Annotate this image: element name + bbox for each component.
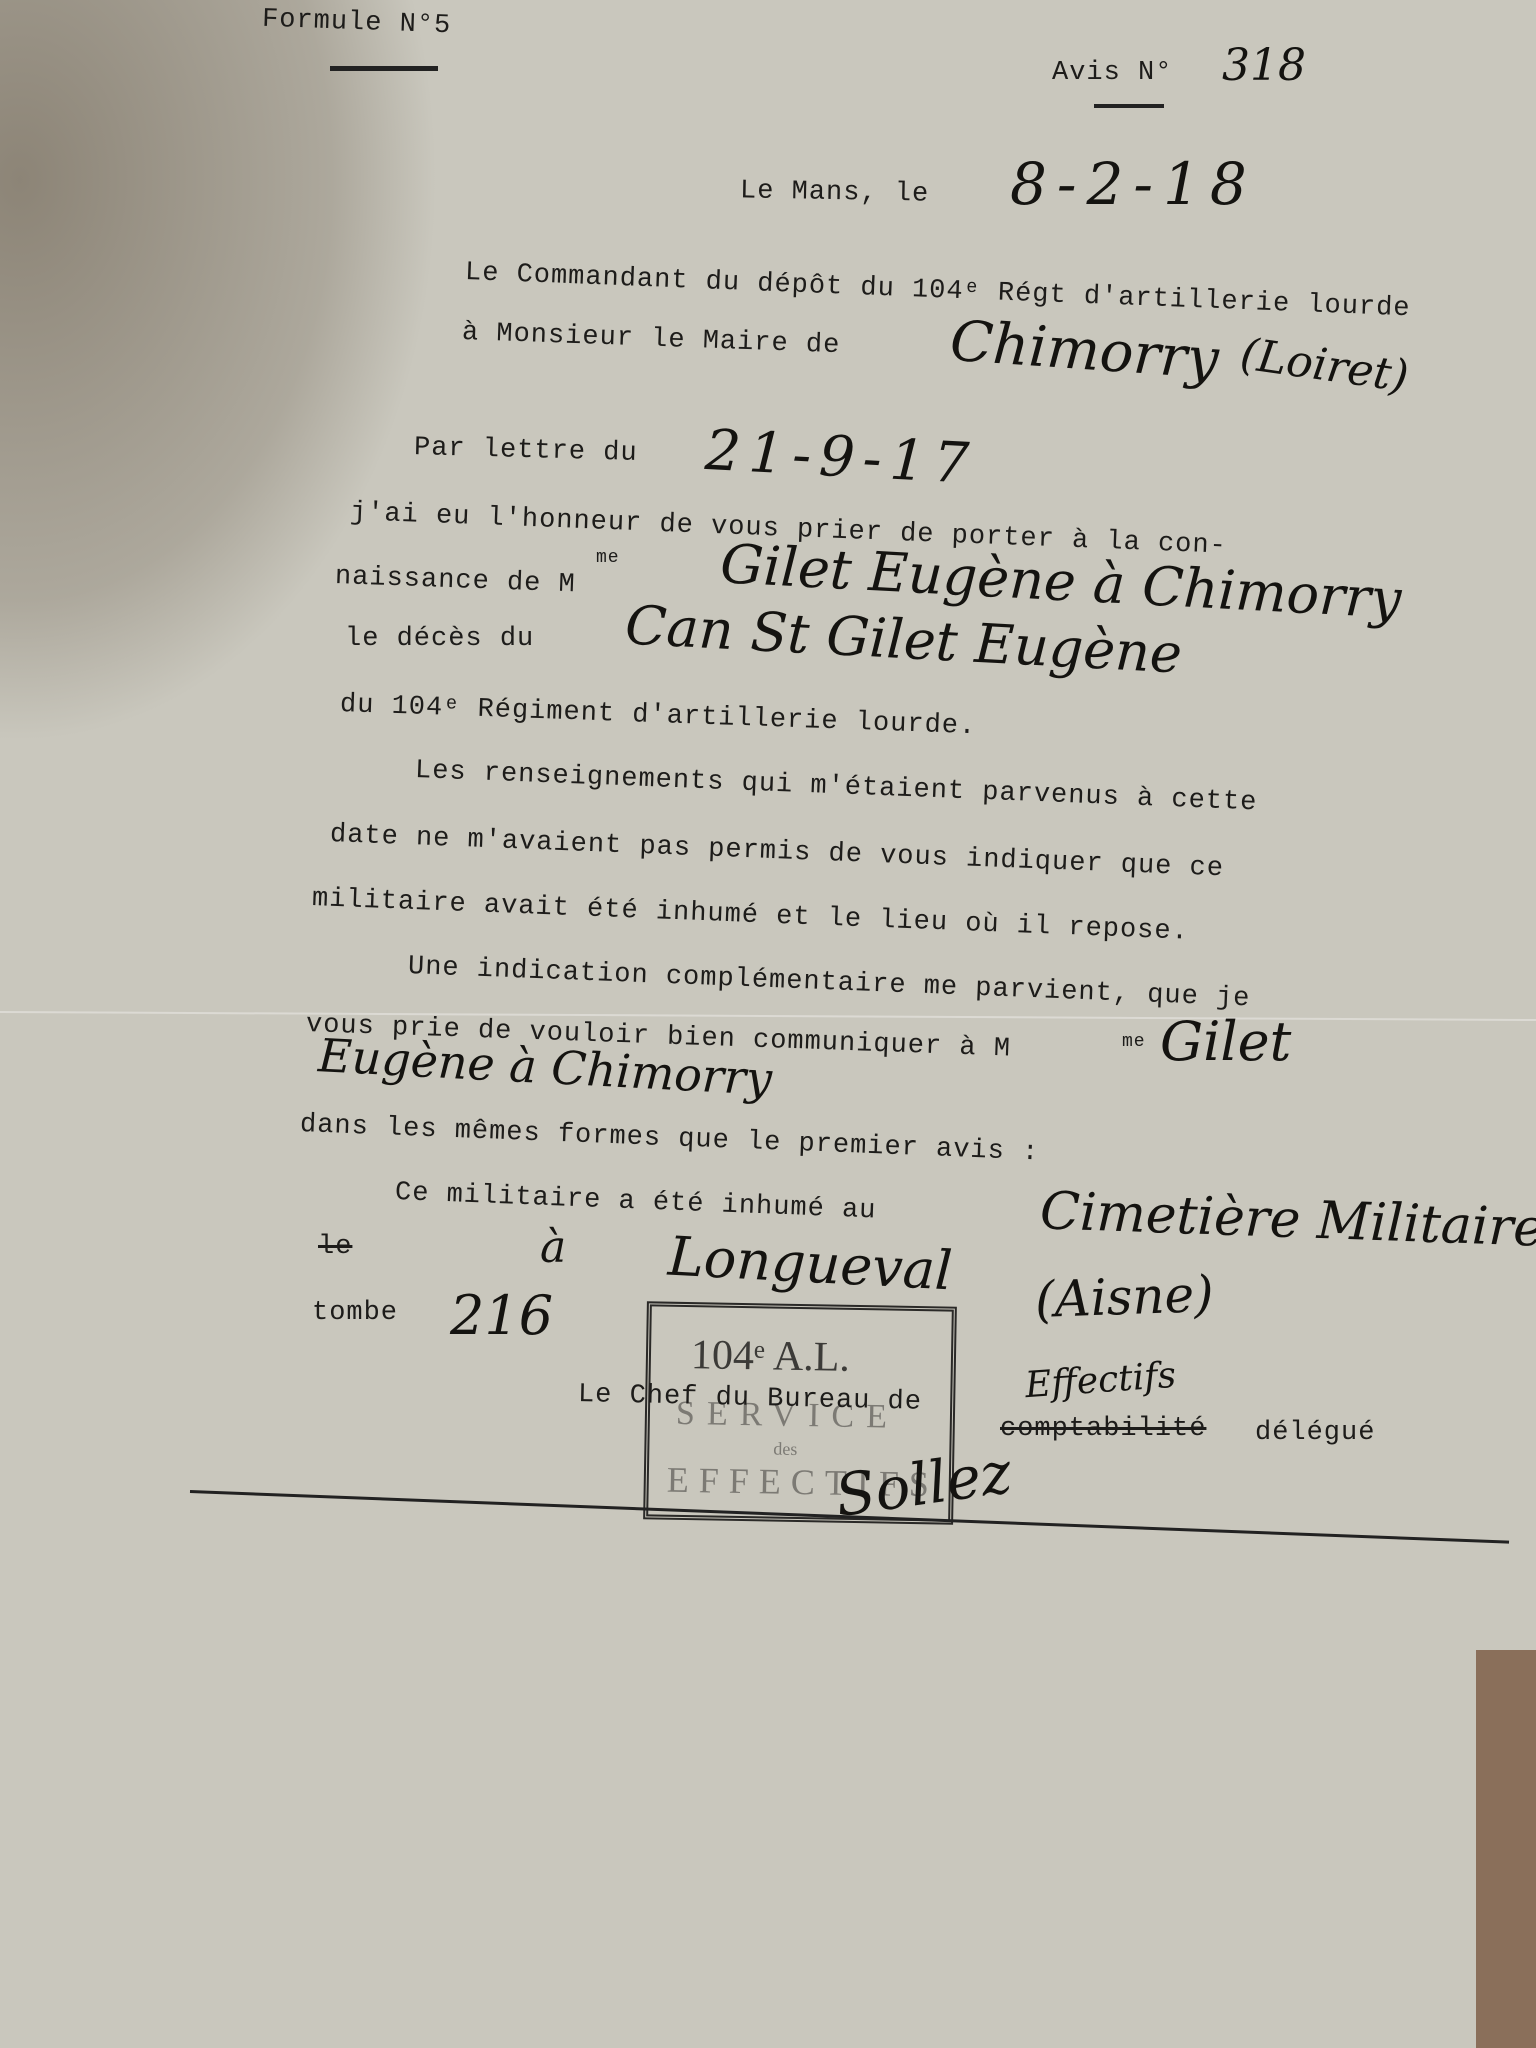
struck-comptabilite: comptabilité <box>1000 1414 1206 1444</box>
notice-underline <box>1094 104 1164 108</box>
signature-suffix: délégué <box>1255 1418 1375 1448</box>
p2-line1: Les renseignements qui m'étaient parvenu… <box>414 756 1257 818</box>
p1-line2-prefix: naissance de M <box>334 562 576 600</box>
letter-ref-prefix: Par lettre du <box>414 433 638 469</box>
form-label: Formule N°5 <box>262 5 452 42</box>
grave-number: 216 <box>450 1284 553 1347</box>
p3-line2-sup: me <box>1122 1032 1146 1052</box>
signature-prefix: Le Chef du Bureau de <box>578 1380 923 1418</box>
p3-name: Gilet <box>1160 1010 1291 1073</box>
inserted-effectifs: Effectifs <box>1024 1355 1178 1406</box>
document-page: Formule N°5 Avis N° 318 Le Mans, le 8-2-… <box>0 0 1536 2048</box>
burial-town: Longueval <box>667 1225 954 1303</box>
paper-fold <box>0 1011 1536 1021</box>
letter-date: 8-2-18 <box>1010 150 1257 218</box>
p1-line2-sup: me <box>596 548 620 568</box>
recipient-commune: Chimorry <box>948 309 1221 393</box>
p3-line4: dans les mêmes formes que le premier avi… <box>299 1110 1039 1168</box>
p4-line1: Ce militaire a été inhumé au <box>394 1178 876 1226</box>
letter-ref-date: 21-9-17 <box>703 418 978 497</box>
notice-label: Avis N° <box>1052 58 1172 88</box>
place-date-label: Le Mans, le <box>740 176 930 209</box>
stamp-line1: 104ᵉ A.L. <box>691 1331 851 1382</box>
p1-line4: du 104ᵉ Régiment d'artillerie lourde. <box>339 690 976 742</box>
sender-line: Le Commandant du dépôt du 104ᵉ Régt d'ar… <box>464 258 1411 324</box>
struck-le: le <box>318 1232 352 1262</box>
recipient-prefix: à Monsieur le Maire de <box>461 318 840 361</box>
p2-line3: militaire avait été inhumé et le lieu où… <box>311 884 1189 948</box>
floor-background <box>1476 1650 1536 2048</box>
grave-label: tombe <box>312 1298 398 1328</box>
stamp-line3: des <box>773 1439 797 1460</box>
burial-department: (Aisne) <box>1034 1265 1214 1329</box>
notice-number: 318 <box>1222 40 1306 91</box>
burial-place: Cimetière Militaire <box>1039 1181 1536 1259</box>
p3-line1: Une indication complémentaire me parvien… <box>407 952 1250 1014</box>
burial-prefix: à <box>540 1222 566 1273</box>
form-label-underline <box>330 66 438 71</box>
p1-line3-prefix: le décès du <box>345 624 534 654</box>
recipient-department: (Loiret) <box>1237 328 1411 402</box>
p2-line2: date ne m'avaient pas permis de vous ind… <box>329 820 1224 884</box>
